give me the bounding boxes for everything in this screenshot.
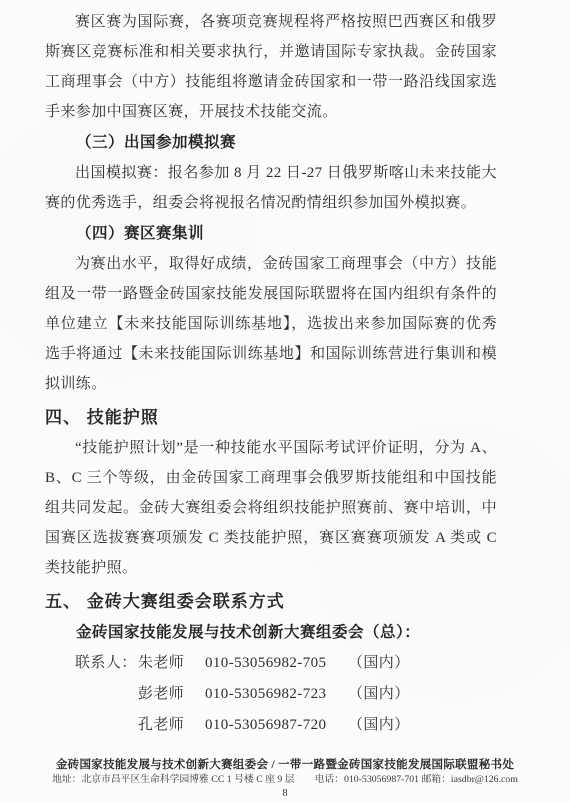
page-footer: 金砖国家技能发展与技术创新大赛组委会 / 一带一路暨金砖国家技能发展国际联盟秘书… (0, 758, 570, 800)
contact-note: （国内） (348, 679, 410, 710)
page-number: 8 (0, 787, 570, 800)
contact-label (75, 710, 138, 741)
subheading-3-overseas-mock: （三）出国参加模拟赛 (45, 127, 497, 158)
paragraph-regional-training: 为赛出水平，取得好成绩，金砖国家工商理事会（中方）技能组及一带一路暨金砖国家技能… (45, 249, 497, 399)
contact-list: 联系人： 朱老师 010-53056982-705 （国内） 彭老师 010-5… (75, 648, 497, 741)
paragraph-overseas-mock: 出国模拟赛：报名参加 8 月 22 日-27 日俄罗斯喀山未来技能大赛的优秀选手… (45, 158, 497, 218)
footer-organization: 金砖国家技能发展与技术创新大赛组委会 / 一带一路暨金砖国家技能发展国际联盟秘书… (0, 758, 570, 773)
subheading-4-regional-training: （四）赛区赛集训 (45, 218, 497, 249)
contact-note: （国内） (348, 648, 410, 679)
contact-row: 彭老师 010-53056982-723 （国内） (75, 679, 497, 710)
contact-label (75, 679, 138, 710)
contact-name: 彭老师 (138, 679, 205, 710)
heading-5-contact-info: 五、 金砖大赛组委会联系方式 (45, 586, 497, 617)
contact-note: （国内） (348, 710, 410, 741)
contact-name: 朱老师 (138, 648, 205, 679)
contact-phone: 010-53056982-723 (205, 679, 348, 710)
footer-address: 地址：北京市昌平区生命科学园博雅 CC 1 号楼 C 座 9 层 (52, 773, 294, 787)
paragraph-skills-passport: “技能护照计划”是一种技能水平国际考试评价证明，分为 A、B、C 三个等级，由金… (45, 433, 497, 583)
contact-row: 联系人： 朱老师 010-53056982-705 （国内） (75, 648, 497, 679)
document-page: 赛区赛为国际赛，各赛项竞赛规程将严格按照巴西赛区和俄罗斯赛区竞赛标准和相关要求执… (0, 0, 570, 802)
committee-title-line: 金砖国家技能发展与技术创新大赛组委会（总）： (45, 617, 497, 648)
heading-4-skills-passport: 四、 技能护照 (45, 402, 497, 433)
contact-label: 联系人： (75, 648, 138, 679)
contact-phone: 010-53056982-705 (205, 648, 348, 679)
footer-contact: 电话：010-53056987-701 邮箱：iasdbr@126.com (315, 773, 518, 787)
contact-row: 孔老师 010-53056987-720 （国内） (75, 710, 497, 741)
contact-name: 孔老师 (138, 710, 205, 741)
contact-phone: 010-53056987-720 (205, 710, 348, 741)
footer-info-line: 地址：北京市昌平区生命科学园博雅 CC 1 号楼 C 座 9 层 电话：010-… (0, 773, 570, 787)
paragraph-regional-competition: 赛区赛为国际赛，各赛项竞赛规程将严格按照巴西赛区和俄罗斯赛区竞赛标准和相关要求执… (45, 7, 497, 127)
